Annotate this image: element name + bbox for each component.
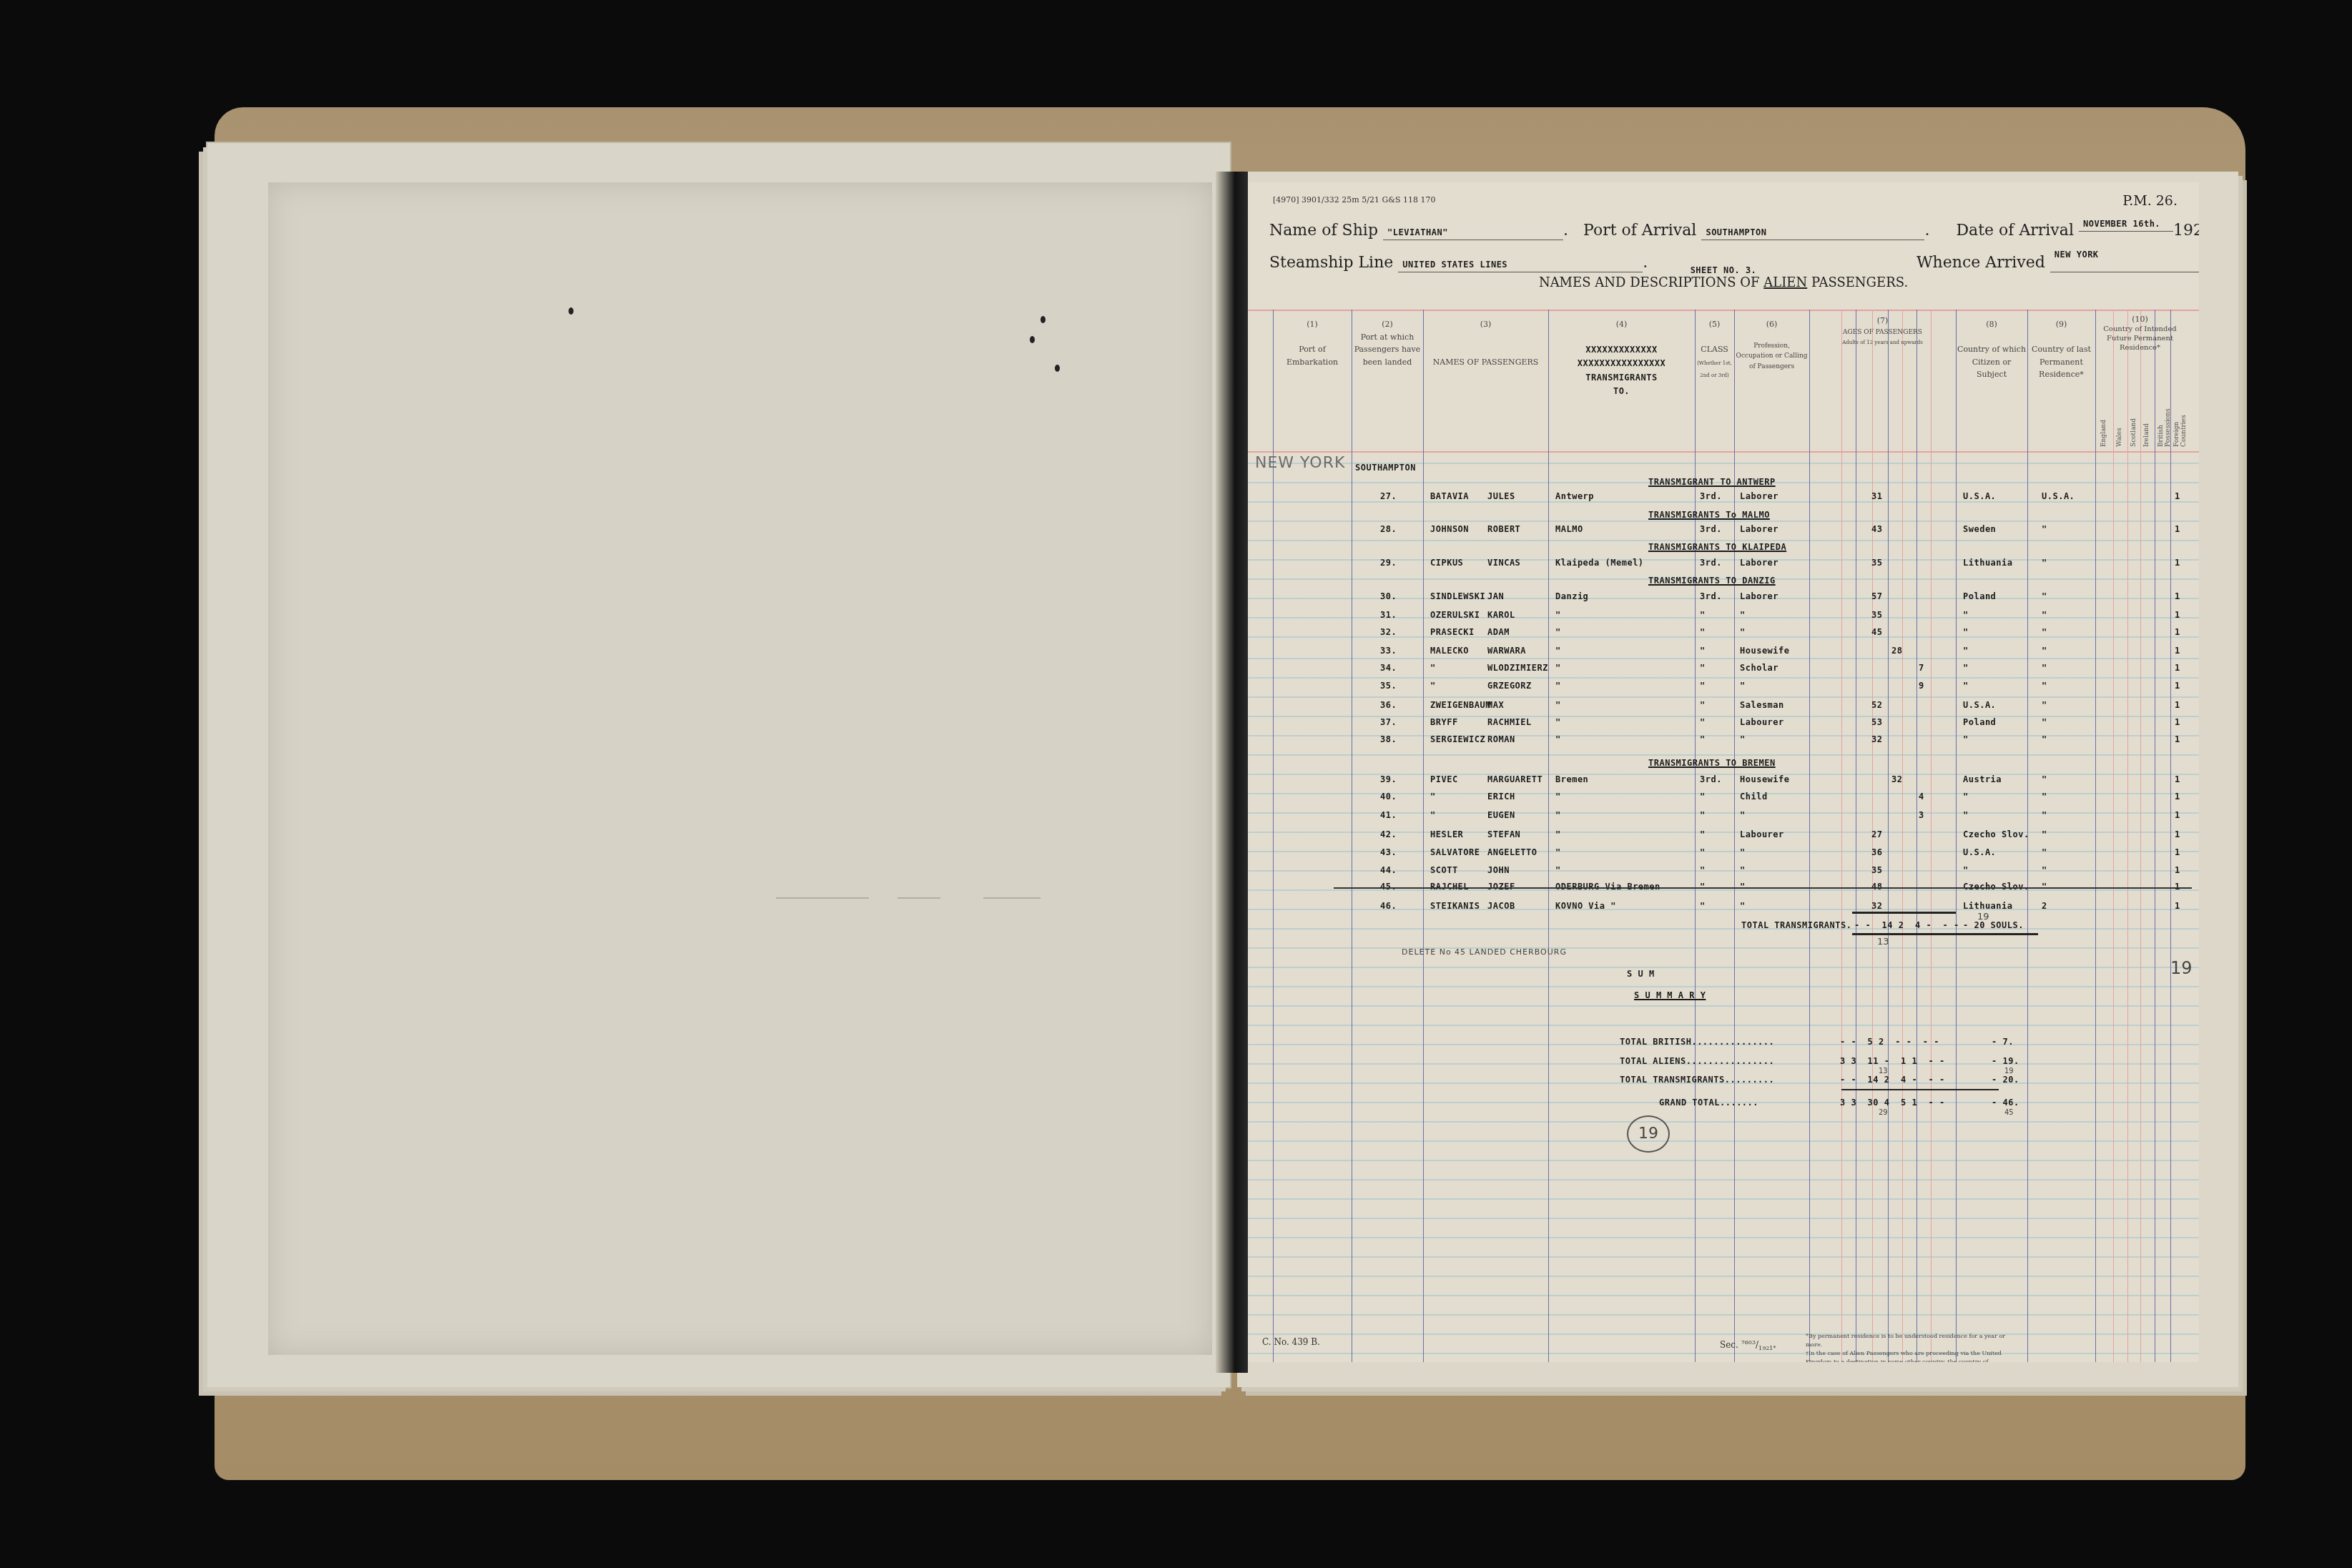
passenger-given-name: VINCAS xyxy=(1487,558,1520,568)
whence-arrived: NEW YORK xyxy=(2055,250,2099,260)
summary-sum-typo: S U M xyxy=(1627,969,1655,979)
handwritten-correction: 45 xyxy=(2004,1109,2014,1117)
passenger-citizenship: " xyxy=(1963,865,1969,875)
summary-row-total: - 19. xyxy=(1992,1056,2019,1066)
passenger-age: 4 xyxy=(1919,792,1924,802)
passenger-number: 29. xyxy=(1380,558,1397,568)
passenger-number: 41. xyxy=(1380,810,1397,820)
passenger-class: " xyxy=(1700,646,1706,656)
col-10-subheader: Foreign Countries xyxy=(2173,390,2188,447)
total-rule xyxy=(1852,933,2038,935)
bleed-through-mark xyxy=(897,897,940,899)
passenger-age: 32 xyxy=(1871,734,1882,744)
date-label: Date of Arrival xyxy=(1956,222,2074,240)
passenger-occupation: Child xyxy=(1740,792,1768,802)
col-10-subheader: England xyxy=(2100,390,2107,447)
passenger-surname: " xyxy=(1430,681,1436,691)
passenger-future-residence: 1 xyxy=(2175,792,2180,802)
passenger-future-residence: 1 xyxy=(2175,774,2180,784)
passenger-surname: SALVATORE xyxy=(1430,847,1480,857)
passenger-age: 7 xyxy=(1919,663,1924,673)
circled-number: 19 xyxy=(1627,1115,1670,1153)
passenger-destination: Klaipeda (Memel) xyxy=(1555,558,1644,568)
handwritten-correction: 29 xyxy=(1879,1109,1888,1117)
passenger-number: 32. xyxy=(1380,627,1397,637)
passenger-occupation: Scholar xyxy=(1740,663,1778,673)
passenger-class: " xyxy=(1700,901,1706,911)
passenger-surname: BRYFF xyxy=(1430,717,1458,727)
passenger-destination: " xyxy=(1555,847,1561,857)
passenger-citizenship: U.S.A. xyxy=(1963,700,1996,710)
passenger-last-residence: " xyxy=(2042,829,2047,839)
passenger-class: " xyxy=(1700,627,1706,637)
port-of-arrival: SOUTHAMPTON xyxy=(1706,227,1766,237)
bleed-through-mark xyxy=(983,897,1040,899)
passenger-surname: " xyxy=(1430,792,1436,802)
total-transmigrants-ages: - - 14 2 4 - - - xyxy=(1854,920,1959,930)
passenger-last-residence: " xyxy=(2042,774,2047,784)
landed-port: SOUTHAMPTON xyxy=(1355,463,1416,473)
passenger-given-name: MAX xyxy=(1487,700,1504,710)
passenger-future-residence: 1 xyxy=(2175,847,2180,857)
passenger-occupation: " xyxy=(1740,865,1746,875)
passenger-future-residence: 1 xyxy=(2175,882,2180,892)
passenger-manifest-page: [4970] 3901/332 25m 5/21 G&S 118 170 P.M… xyxy=(1248,182,2199,1362)
passenger-number: 27. xyxy=(1380,491,1397,501)
passenger-number: 40. xyxy=(1380,792,1397,802)
passenger-number: 37. xyxy=(1380,717,1397,727)
passenger-last-residence: " xyxy=(2042,717,2047,727)
col-10-header: (10)Country of Intended Future Permanent… xyxy=(2095,315,2185,352)
col-9-header: (9)Country of last Permanent Residence* xyxy=(2027,318,2095,381)
passenger-occupation: " xyxy=(1740,847,1746,857)
passenger-surname: CIPKUS xyxy=(1430,558,1463,568)
passenger-future-residence: 1 xyxy=(2175,829,2180,839)
passenger-citizenship: Poland xyxy=(1963,591,1996,601)
passenger-last-residence: " xyxy=(2042,792,2047,802)
handwritten-page-count: 19 xyxy=(2170,958,2193,978)
summary-row-ages: - - 14 2 4 - - - xyxy=(1840,1075,1945,1085)
summary-row-label: TOTAL BRITISH............... xyxy=(1620,1037,1774,1047)
summary-row-total: - 20. xyxy=(1992,1075,2019,1085)
passenger-future-residence: 1 xyxy=(2175,610,2180,620)
passenger-occupation: Salesman xyxy=(1740,700,1784,710)
passenger-last-residence: " xyxy=(2042,810,2047,820)
passenger-given-name: JACOB xyxy=(1487,901,1515,911)
passenger-future-residence: 1 xyxy=(2175,681,2180,691)
passenger-destination: " xyxy=(1555,681,1561,691)
passenger-future-residence: 1 xyxy=(2175,717,2180,727)
passenger-given-name: ROMAN xyxy=(1487,734,1515,744)
passenger-occupation: " xyxy=(1740,734,1746,744)
passenger-age: 32 xyxy=(1891,774,1902,784)
passenger-age: 3 xyxy=(1919,810,1924,820)
passenger-class: 3rd. xyxy=(1700,774,1722,784)
punch-hole xyxy=(569,307,574,315)
passenger-given-name: EUGEN xyxy=(1487,810,1515,820)
handwritten-delete-note: DELETE No 45 LANDED CHERBOURG xyxy=(1402,947,1567,957)
section-heading-danzig: TRANSMIGRANTS TO DANZIG xyxy=(1648,576,1776,586)
passenger-destination: MALMO xyxy=(1555,524,1583,534)
passenger-surname: SERGIEWICZ xyxy=(1430,734,1485,744)
passenger-occupation: Laborer xyxy=(1740,524,1778,534)
ship-label: Name of Ship xyxy=(1269,222,1378,240)
passenger-destination: " xyxy=(1555,700,1561,710)
passenger-age: 53 xyxy=(1871,717,1882,727)
passenger-future-residence: 1 xyxy=(2175,558,2180,568)
passenger-destination: " xyxy=(1555,646,1561,656)
passenger-last-residence: 2 xyxy=(2042,901,2047,911)
passenger-citizenship: Poland xyxy=(1963,717,1996,727)
col-5-header: (5)CLASS(Whether 1st, 2nd or 3rd) xyxy=(1695,318,1734,381)
passenger-future-residence: 1 xyxy=(2175,901,2180,911)
section-heading-malmo: TRANSMIGRANTS To MALMO xyxy=(1648,510,1770,520)
total-rule xyxy=(1852,912,1956,914)
left-page-blank xyxy=(268,182,1212,1355)
passenger-future-residence: 1 xyxy=(2175,700,2180,710)
manifest-title: NAMES AND DESCRIPTIONS OF ALIEN PASSENGE… xyxy=(1248,275,2199,290)
passenger-number: 33. xyxy=(1380,646,1397,656)
section-heading-antwerp: TRANSMIGRANT TO ANTWERP xyxy=(1648,477,1776,487)
strike-through-line xyxy=(1334,887,2192,889)
punch-hole xyxy=(1030,336,1035,343)
passenger-last-residence: " xyxy=(2042,610,2047,620)
passenger-class: " xyxy=(1700,829,1706,839)
passenger-future-residence: 1 xyxy=(2175,646,2180,656)
col-2-header: (2)Port at which Passengers have been la… xyxy=(1352,318,1423,368)
passenger-future-residence: 1 xyxy=(2175,865,2180,875)
date-of-arrival: NOVEMBER 16th. xyxy=(2083,219,2160,229)
passenger-destination: Bremen xyxy=(1555,774,1588,784)
passenger-citizenship: " xyxy=(1963,734,1969,744)
title-part: PASSENGERS. xyxy=(1807,275,1908,290)
section-heading-bremen: TRANSMIGRANTS TO BREMEN xyxy=(1648,758,1776,768)
passenger-occupation: Housewife xyxy=(1740,646,1790,656)
passenger-number: 39. xyxy=(1380,774,1397,784)
passenger-given-name: ANGELETTO xyxy=(1487,847,1537,857)
passenger-last-residence: " xyxy=(2042,524,2047,534)
passenger-occupation: Labourer xyxy=(1740,829,1784,839)
passenger-class: 3rd. xyxy=(1700,491,1722,501)
passenger-occupation: " xyxy=(1740,627,1746,637)
passenger-class: " xyxy=(1700,681,1706,691)
passenger-citizenship: " xyxy=(1963,681,1969,691)
passenger-destination: " xyxy=(1555,610,1561,620)
passenger-surname: " xyxy=(1430,663,1436,673)
passenger-surname: HESLER xyxy=(1430,829,1463,839)
passenger-destination: Danzig xyxy=(1555,591,1588,601)
passenger-class: " xyxy=(1700,865,1706,875)
passenger-destination: " xyxy=(1555,829,1561,839)
punch-hole xyxy=(1040,316,1045,323)
passenger-occupation: " xyxy=(1740,810,1746,820)
passenger-class: " xyxy=(1700,847,1706,857)
passenger-class: " xyxy=(1700,734,1706,744)
passenger-age: 31 xyxy=(1871,491,1882,501)
passenger-destination: Antwerp xyxy=(1555,491,1594,501)
passenger-number: 35. xyxy=(1380,681,1397,691)
passenger-future-residence: 1 xyxy=(2175,734,2180,744)
summary-row-label: TOTAL ALIENS................ xyxy=(1620,1056,1774,1066)
passenger-last-residence: " xyxy=(2042,681,2047,691)
passenger-citizenship: " xyxy=(1963,810,1969,820)
passenger-given-name: WLODZIMIERZ xyxy=(1487,663,1548,673)
passenger-age: 45 xyxy=(1871,627,1882,637)
passenger-surname: STEIKANIS xyxy=(1430,901,1480,911)
summary-row-label: TOTAL TRANSMIGRANTS......... xyxy=(1620,1075,1774,1085)
col-10-subheader: Wales xyxy=(2116,390,2123,447)
passenger-future-residence: 1 xyxy=(2175,591,2180,601)
passenger-future-residence: 1 xyxy=(2175,627,2180,637)
passenger-surname: MALECKO xyxy=(1430,646,1469,656)
col-3-header: (3)NAMES OF PASSENGERS xyxy=(1423,318,1548,368)
passenger-number: 44. xyxy=(1380,865,1397,875)
summary-row-ages: 3 3 11 - 1 1 - - xyxy=(1840,1056,1945,1066)
passenger-age: 28 xyxy=(1891,646,1902,656)
passenger-occupation: " xyxy=(1740,610,1746,620)
passenger-age: 32 xyxy=(1871,901,1882,911)
footnote: *By permanent residence is to be underst… xyxy=(1806,1332,2006,1362)
passenger-occupation: " xyxy=(1740,882,1746,892)
passenger-given-name: GRZEGORZ xyxy=(1487,681,1532,691)
passenger-number: 42. xyxy=(1380,829,1397,839)
passenger-last-residence: " xyxy=(2042,558,2047,568)
passenger-number: 31. xyxy=(1380,610,1397,620)
col-4-header: (4) XXXXXXXXXXXXXXXXXXXXXXXXXXXXXTRANSMI… xyxy=(1548,318,1695,398)
passenger-class: " xyxy=(1700,882,1706,892)
passenger-destination: KOVNO Via " xyxy=(1555,901,1616,911)
passenger-given-name: ROBERT xyxy=(1487,524,1520,534)
passenger-class: 3rd. xyxy=(1700,591,1722,601)
passenger-destination: ODERBURG Via Bremen xyxy=(1555,882,1660,892)
form-ref: C. No. 439 B. xyxy=(1262,1337,1320,1347)
passenger-citizenship: " xyxy=(1963,646,1969,656)
passenger-given-name: JOHN xyxy=(1487,865,1510,875)
passenger-age: 35 xyxy=(1871,865,1882,875)
port-label: Port of Arrival xyxy=(1583,222,1696,240)
passenger-surname: OZERULSKI xyxy=(1430,610,1480,620)
passenger-age: 27 xyxy=(1871,829,1882,839)
passenger-class: " xyxy=(1700,792,1706,802)
passenger-destination: " xyxy=(1555,865,1561,875)
passenger-destination: " xyxy=(1555,663,1561,673)
passenger-occupation: Housewife xyxy=(1740,774,1790,784)
form-number: P.M. 26. xyxy=(2122,193,2178,209)
passenger-last-residence: " xyxy=(2042,663,2047,673)
summary-row-total: - 7. xyxy=(1992,1037,2014,1047)
passenger-age: 35 xyxy=(1871,610,1882,620)
passenger-class: 3rd. xyxy=(1700,524,1722,534)
passenger-future-residence: 1 xyxy=(2175,491,2180,501)
passenger-given-name: KAROL xyxy=(1487,610,1515,620)
col-10-subheader: Ireland xyxy=(2143,390,2150,447)
passenger-age: 48 xyxy=(1871,882,1882,892)
passenger-occupation: Laborer xyxy=(1740,558,1778,568)
col-1-header: (1)Port of Embarkation xyxy=(1273,318,1352,368)
passenger-citizenship: U.S.A. xyxy=(1963,847,1996,857)
passenger-number: 28. xyxy=(1380,524,1397,534)
passenger-surname: BATAVIA xyxy=(1430,491,1469,501)
passenger-last-residence: " xyxy=(2042,591,2047,601)
passenger-age: 35 xyxy=(1871,558,1882,568)
passenger-destination: " xyxy=(1555,717,1561,727)
print-code: [4970] 3901/332 25m 5/21 G&S 118 170 xyxy=(1273,195,1436,204)
summary-rule xyxy=(1841,1089,1999,1090)
passenger-citizenship: Czecho Slov. xyxy=(1963,882,2029,892)
passenger-last-residence: " xyxy=(2042,646,2047,656)
passenger-surname: RAJCHEL xyxy=(1430,882,1469,892)
passenger-last-residence: " xyxy=(2042,700,2047,710)
passenger-given-name: ERICH xyxy=(1487,792,1515,802)
section-heading-klaipeda: TRANSMIGRANTS TO KLAIPEDA xyxy=(1648,542,1786,552)
passenger-future-residence: 1 xyxy=(2175,663,2180,673)
passenger-future-residence: 1 xyxy=(2175,524,2180,534)
passenger-citizenship: " xyxy=(1963,610,1969,620)
passenger-destination: " xyxy=(1555,734,1561,744)
passenger-destination: " xyxy=(1555,627,1561,637)
passenger-given-name: JULES xyxy=(1487,491,1515,501)
passenger-occupation: Laborer xyxy=(1740,591,1778,601)
passenger-citizenship: Austria xyxy=(1963,774,2002,784)
col-10-subheader: British Possessions xyxy=(2157,390,2172,447)
summary-row-label: GRAND TOTAL....... xyxy=(1659,1098,1758,1108)
sec-ref: Sec. 7603/1921* xyxy=(1720,1339,1776,1351)
passenger-class: " xyxy=(1700,810,1706,820)
passenger-citizenship: " xyxy=(1963,663,1969,673)
passenger-age: 52 xyxy=(1871,700,1882,710)
passenger-citizenship: Lithuania xyxy=(1963,901,2013,911)
handwritten-correction: 19 xyxy=(1977,912,1989,922)
passenger-destination: " xyxy=(1555,810,1561,820)
passenger-class: " xyxy=(1700,663,1706,673)
passenger-last-residence: " xyxy=(2042,882,2047,892)
passenger-surname: SINDLEWSKI xyxy=(1430,591,1485,601)
passenger-given-name: WARWARA xyxy=(1487,646,1526,656)
passenger-last-residence: " xyxy=(2042,734,2047,744)
title-part: NAMES AND DESCRIPTIONS OF xyxy=(1539,275,1763,290)
passenger-occupation: Laborer xyxy=(1740,491,1778,501)
passenger-citizenship: " xyxy=(1963,627,1969,637)
summary-row-ages: - - 5 2 - - - - xyxy=(1840,1037,1939,1047)
passenger-given-name: JOZEF xyxy=(1487,882,1515,892)
passenger-number: 43. xyxy=(1380,847,1397,857)
passenger-last-residence: " xyxy=(2042,865,2047,875)
passenger-given-name: ADAM xyxy=(1487,627,1510,637)
passenger-occupation: " xyxy=(1740,901,1746,911)
col-7-header: (7)AGES OF PASSENGERSAdults of 12 years … xyxy=(1809,315,1956,347)
passenger-surname: PRASECKI xyxy=(1430,627,1475,637)
passenger-future-residence: 1 xyxy=(2175,810,2180,820)
passenger-class: " xyxy=(1700,700,1706,710)
passenger-surname: " xyxy=(1430,810,1436,820)
passenger-surname: ZWEIGENBAUM xyxy=(1430,700,1491,710)
summary-row-total: - 46. xyxy=(1992,1098,2019,1108)
ship-name: "LEVIATHAN" xyxy=(1387,227,1448,237)
passenger-age: 36 xyxy=(1871,847,1882,857)
col-6-header: (6)Profession, Occupation or Calling of … xyxy=(1734,318,1809,372)
passenger-occupation: " xyxy=(1740,681,1746,691)
col-10-subheader: Scotland xyxy=(2130,390,2137,447)
handwritten-correction: 13 xyxy=(1877,937,1889,947)
passenger-age: 43 xyxy=(1871,524,1882,534)
passenger-given-name: JAN xyxy=(1487,591,1504,601)
passenger-surname: PIVEC xyxy=(1430,774,1458,784)
passenger-citizenship: " xyxy=(1963,792,1969,802)
passenger-occupation: Labourer xyxy=(1740,717,1784,727)
passenger-citizenship: Czecho Slov. xyxy=(1963,829,2029,839)
passenger-citizenship: Sweden xyxy=(1963,524,1996,534)
col-8-header: (8)Country of which Citizen or Subject xyxy=(1956,318,2027,381)
passenger-destination: " xyxy=(1555,792,1561,802)
passenger-last-residence: " xyxy=(2042,847,2047,857)
total-transmigrants-souls: - 20 SOULS. xyxy=(1963,920,2024,930)
passenger-surname: JOHNSON xyxy=(1430,524,1469,534)
total-transmigrants-label: TOTAL TRANSMIGRANTS. xyxy=(1741,920,1852,930)
passenger-number: 46. xyxy=(1380,901,1397,911)
sheet-number: SHEET NO. 3. xyxy=(1691,265,1757,275)
passenger-surname: SCOTT xyxy=(1430,865,1458,875)
passenger-given-name: STEFAN xyxy=(1487,829,1520,839)
passenger-class: " xyxy=(1700,610,1706,620)
passenger-last-residence: " xyxy=(2042,627,2047,637)
passenger-number: 34. xyxy=(1380,663,1397,673)
passenger-last-residence: U.S.A. xyxy=(2042,491,2075,501)
summary-row-ages: 3 3 30 4 5 1 - - xyxy=(1840,1098,1945,1108)
passenger-citizenship: Lithuania xyxy=(1963,558,2013,568)
bleed-through-mark xyxy=(776,897,869,899)
passenger-number: 30. xyxy=(1380,591,1397,601)
punch-hole xyxy=(1055,365,1060,372)
passenger-class: 3rd. xyxy=(1700,558,1722,568)
summary-title: S U M M A R Y xyxy=(1634,990,1706,1000)
year-prefix: 192 xyxy=(2173,222,2199,240)
passenger-given-name: MARGUARETT xyxy=(1487,774,1542,784)
new-york-stamp: NEW YORK xyxy=(1255,454,1345,472)
passenger-number: 45. xyxy=(1380,882,1397,892)
passenger-age: 57 xyxy=(1871,591,1882,601)
passenger-given-name: RACHMIEL xyxy=(1487,717,1532,727)
binding-gutter xyxy=(1216,172,1248,1373)
passenger-citizenship: U.S.A. xyxy=(1963,491,1996,501)
passenger-class: " xyxy=(1700,717,1706,727)
title-alien: ALIEN xyxy=(1763,275,1807,290)
passenger-number: 36. xyxy=(1380,700,1397,710)
passenger-age: 9 xyxy=(1919,681,1924,691)
ship-row: Name of Ship "LEVIATHAN". Port of Arriva… xyxy=(1269,222,2199,240)
passenger-number: 38. xyxy=(1380,734,1397,744)
